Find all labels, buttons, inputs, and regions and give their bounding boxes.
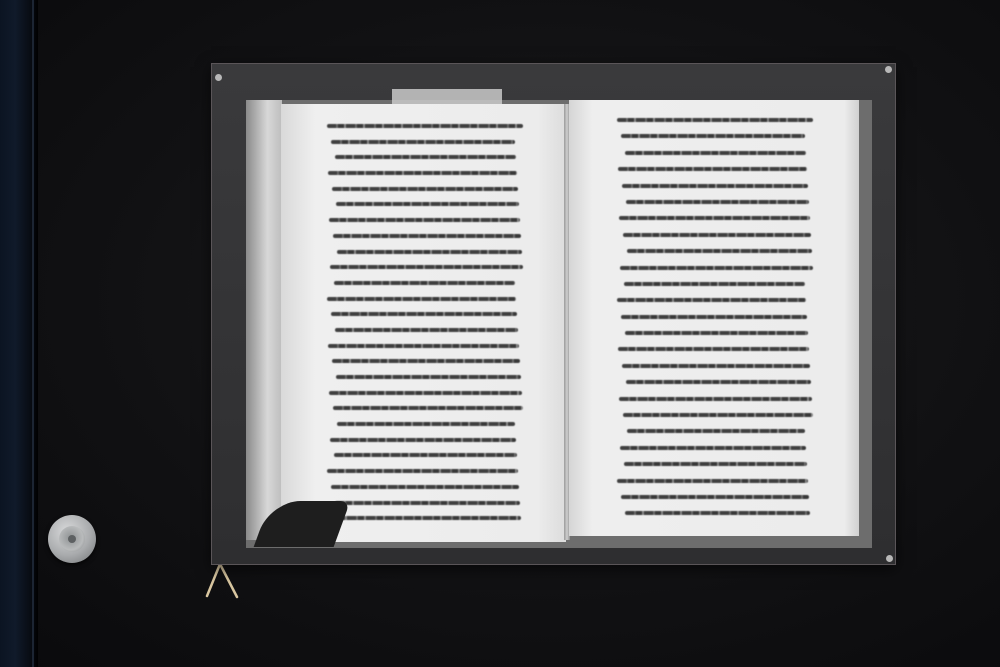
- handwriting-line: [626, 380, 811, 384]
- frame-pin: [215, 74, 222, 81]
- handwriting-line: [623, 233, 811, 237]
- handwriting-line: [617, 479, 808, 483]
- handwriting-line: [336, 202, 519, 206]
- handwriting-line: [333, 406, 523, 410]
- handwriting-line: [332, 187, 518, 191]
- door-edge: [0, 0, 38, 667]
- handwriting-line: [621, 495, 809, 499]
- handwriting-line: [327, 469, 518, 473]
- handwriting-line: [627, 249, 812, 253]
- handwriting-line: [624, 462, 807, 466]
- handwriting-line: [329, 218, 520, 222]
- door-knob: [48, 515, 96, 563]
- handwriting-line: [622, 364, 810, 368]
- manuscript-right-page: [569, 100, 859, 536]
- handwriting-line: [625, 511, 810, 515]
- handwriting-line: [624, 282, 805, 286]
- handwriting-line: [334, 453, 517, 457]
- handwriting-line: [622, 184, 808, 188]
- handwriting-line: [617, 298, 806, 302]
- handwriting-line: [331, 140, 515, 144]
- handwriting-lines: [617, 118, 813, 528]
- handwriting-line: [328, 516, 521, 520]
- handwriting-line: [621, 315, 807, 319]
- handwriting-lines: [327, 124, 523, 532]
- handwriting-line: [620, 266, 813, 270]
- frame-pin: [886, 555, 893, 562]
- manuscript-left-page: [281, 104, 566, 542]
- picture-frame: [211, 63, 896, 565]
- handwriting-line: [627, 429, 805, 433]
- handwriting-line: [328, 344, 519, 348]
- handwriting-line: [625, 151, 806, 155]
- handwriting-line: [620, 446, 806, 450]
- handwriting-line: [329, 391, 522, 395]
- handwriting-line: [331, 312, 517, 316]
- handwriting-line: [337, 422, 515, 426]
- handwriting-line: [335, 155, 516, 159]
- handwriting-line: [331, 485, 519, 489]
- handwriting-line: [328, 171, 517, 175]
- handwriting-line: [327, 297, 516, 301]
- handwriting-line: [330, 438, 516, 442]
- handwriting-line: [619, 397, 812, 401]
- handwriting-line: [335, 328, 518, 332]
- handwriting-line: [330, 265, 523, 269]
- handwriting-line: [619, 216, 810, 220]
- handwriting-line: [626, 200, 809, 204]
- handwriting-line: [617, 118, 813, 122]
- handwriting-line: [335, 501, 520, 505]
- torn-paper-strip: [392, 89, 502, 105]
- handwriting-line: [334, 281, 515, 285]
- handwriting-line: [336, 375, 521, 379]
- handwriting-line: [618, 167, 807, 171]
- handwriting-line: [327, 124, 523, 128]
- handwriting-line: [332, 359, 520, 363]
- handwriting-line: [625, 331, 808, 335]
- handwriting-line: [623, 413, 813, 417]
- frame-pin: [885, 66, 892, 73]
- handwriting-line: [621, 134, 805, 138]
- handwriting-line: [337, 250, 522, 254]
- handwriting-line: [618, 347, 809, 351]
- mount-edge: [246, 100, 282, 540]
- handwriting-line: [333, 234, 521, 238]
